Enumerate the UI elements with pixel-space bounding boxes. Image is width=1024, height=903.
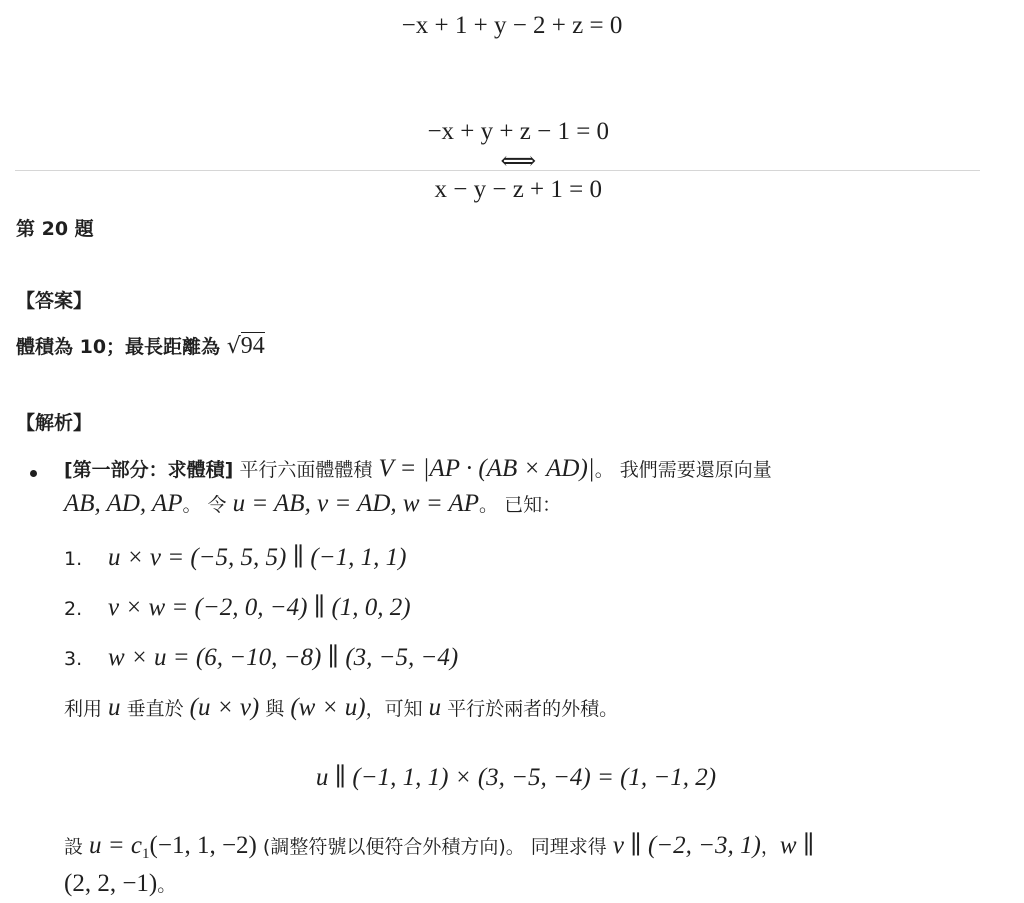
math-vector: (−1, 1, −2) [150, 832, 257, 859]
text: (調整符號以便符合外積方向)。 同理求得 [257, 836, 613, 858]
bullet-line-1: [第一部分：求體積] 平行六面體體積 V = |AP · (AB × AD)|。… [64, 455, 772, 483]
math-u: u [429, 694, 442, 721]
display-equation-u: u ∥ (−1, 1, 1) × (3, −5, −4) = (1, −1, 2… [4, 762, 1024, 792]
section-divider [15, 170, 980, 171]
bullet-text: 平行六面體體積 [233, 459, 378, 481]
text: 與 [259, 698, 290, 720]
bullet-icon [30, 470, 37, 477]
sqrt-icon: √ [227, 334, 241, 359]
equation-plane-expanded: −x + 1 + y − 2 + z = 0 [0, 12, 1024, 40]
analysis-heading: 【解析】 [16, 408, 92, 435]
text: 利用 [64, 698, 108, 720]
cross-product-equation: w × u = (6, −10, −8) ∥ (3, −5, −4) [108, 644, 458, 671]
bullet-text: 。 我們需要還原向量 [595, 459, 772, 481]
vector-definitions: u = AB, v = AD, w = AP [233, 490, 479, 517]
text: 垂直於 [121, 698, 190, 720]
volume-formula: V = |AP · (AB × AD)| [378, 455, 594, 482]
bullet-text: 。 已知： [479, 494, 561, 516]
math-u-cross-v: (u × v) [190, 694, 260, 721]
cross-product-equation: u × v = (−5, 5, 5) ∥ (−1, 1, 1) [108, 544, 406, 571]
list-item: 1.u × v = (−5, 5, 5) ∥ (−1, 1, 1) [64, 542, 406, 572]
part-label: [第一部分：求體積] [64, 459, 233, 481]
cross-product-equation: v × w = (−2, 0, −4) ∥ (1, 0, 2) [108, 594, 411, 621]
bullet-line-2: AB, AD, AP。 令 u = AB, v = AD, w = AP。 已知… [64, 490, 561, 518]
math-v-parallel: v ∥ (−2, −3, 1) [613, 832, 761, 859]
equation-plane-equivalence: −x + y + z − 1 = 0 ⟺ x − y − z + 1 = 0 [0, 90, 1024, 204]
answer-heading: 【答案】 [16, 286, 92, 313]
list-number: 3. [64, 648, 108, 670]
answer-text: 體積為 10；最長距離為 √94 [16, 332, 265, 360]
math-w-parallel: w ∥ [780, 832, 814, 859]
list-item: 3.w × u = (6, −10, −8) ∥ (3, −5, −4) [64, 642, 458, 672]
vector-names: AB, AD, AP [64, 490, 183, 517]
math-w-cross-u: (w × u) [290, 694, 365, 721]
equation-left: −x + y + z − 1 = 0 [427, 118, 609, 145]
bullet-text: 。 令 [183, 494, 233, 516]
answer-summary: 體積為 10；最長距離為 [16, 336, 220, 358]
conclusion-line-1: 設 u = c1(−1, 1, −2) (調整符號以便符合外積方向)。 同理求得… [64, 830, 814, 863]
math-u: u [108, 694, 121, 721]
text: 平行於兩者的外積。 [441, 698, 618, 720]
text: ，可知 [366, 698, 429, 720]
math-vector: (2, 2, −1) [64, 870, 157, 897]
reasoning-line: 利用 u 垂直於 (u × v) 與 (w × u)，可知 u 平行於兩者的外積… [64, 694, 618, 722]
sqrt-expression: √94 [227, 333, 265, 360]
text: 。 [157, 874, 176, 896]
sqrt-radicand: 94 [241, 332, 265, 359]
list-number: 2. [64, 598, 108, 620]
subscript: 1 [142, 846, 150, 862]
equation-right: x − y − z + 1 = 0 [435, 176, 603, 203]
list-item: 2.v × w = (−2, 0, −4) ∥ (1, 0, 2) [64, 592, 411, 622]
text: ， [761, 836, 780, 858]
conclusion-line-2: (2, 2, −1)。 [64, 870, 176, 898]
math-u-eq: u = c [89, 832, 142, 859]
text: 設 [64, 836, 89, 858]
question-title: 第 20 題 [16, 214, 94, 241]
list-number: 1. [64, 548, 108, 570]
